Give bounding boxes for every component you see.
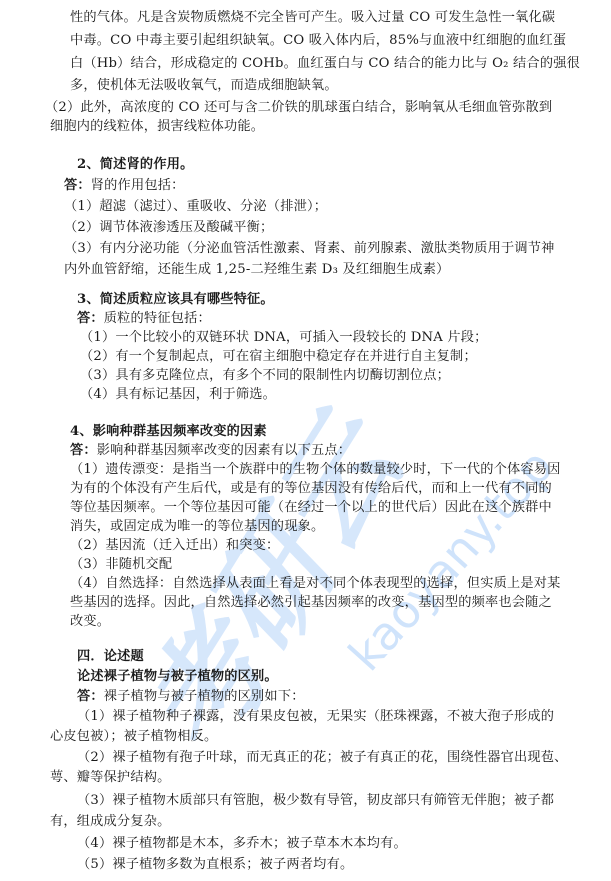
answer-label: 答：	[77, 689, 104, 704]
paragraph-line: （4）裸子植物都是木本，多乔木；被子草本木本均有。	[77, 834, 407, 854]
paragraph-line: （2）此外，高浓度的 CO 还可与含二价铁的肌球蛋白结合，影响氧从毛细血管弥散到	[45, 98, 552, 118]
answer-intro: 答：肾的作用包括：	[64, 176, 185, 196]
paragraph-line: 性的气体。凡是含炭物质燃烧不完全皆可产生。吸入过量 CO 可发生急性一氧化碳	[70, 8, 555, 28]
list-item: （4）具有标记基因，利于筛选。	[80, 385, 276, 405]
answer-intro-text: 裸子植物与被子植物的区别如下：	[104, 689, 305, 704]
paragraph-line: （2）裸子植物有孢子叶球，而无真正的花；被子有真正的花，围绕性器官出现苞、	[77, 748, 568, 768]
question-title: 2、简述肾的作用。	[77, 155, 193, 175]
paragraph-line: 中毒。CO 中毒主要引起组织缺氧。CO 吸入体内后，85%与血液中红细胞的血红蛋	[70, 31, 566, 51]
paragraph-line: （2）基因流（迁入迁出）和突变：	[70, 536, 279, 556]
paragraph-line: （3）非随机交配	[70, 555, 172, 575]
list-item: 内外血管舒缩，还能生成 1,25-二羟维生素 D₃ 及红细胞生成素）	[64, 260, 450, 280]
answer-intro-text: 影响种群基因频率改变的因素有以下五点：	[97, 443, 351, 458]
question-title: 3、简述质粒应该具有哪些特征。	[77, 290, 274, 310]
list-item: （3）有内分泌功能（分泌血管活性激素、肾素、前列腺素、激肽类物质用于调节神	[64, 239, 555, 259]
paragraph-line: （4）自然选择：自然选择从表面上看是对不同个体表现型的选择，但实质上是对某	[70, 574, 561, 594]
paragraph-line: 萼、瓣等保护结构。	[50, 768, 171, 788]
paragraph-line: （5）裸子植物多数为直根系；被子两者均有。	[77, 855, 353, 875]
answer-intro-text: 肾的作用包括：	[91, 178, 185, 193]
question-title: 4、影响种群基因频率改变的因素	[70, 422, 267, 442]
document-page: 考研云 kaoyany.top 性的气体。凡是含炭物质燃烧不完全皆可产生。吸入过…	[0, 0, 611, 881]
section-heading: 四．论述题	[77, 647, 144, 667]
paragraph-line: 白（Hb）结合，形成稳定的 COHb。血红蛋白与 CO 结合的能力比与 O₂ 结…	[70, 54, 580, 74]
answer-intro: 答：质粒的特征包括：	[77, 309, 211, 329]
list-item: （3）具有多克隆位点，有多个不同的限制性内切酶切割位点；	[80, 366, 450, 386]
paragraph-line: 为有的个体没有产生后代，或是有的等位基因没有传给后代，而和上一代有不同的	[70, 479, 552, 499]
answer-intro-text: 质粒的特征包括：	[104, 311, 211, 326]
paragraph-line: 细胞内的线粒体，损害线粒体功能。	[50, 117, 264, 137]
answer-label: 答：	[64, 178, 91, 193]
question-title: 论述裸子植物与被子植物的区别。	[77, 667, 278, 687]
answer-intro: 答：裸子植物与被子植物的区别如下：	[77, 687, 305, 707]
paragraph-line: （1）裸子植物种子裸露，没有果皮包被，无果实（胚珠裸露，不被大孢子形成的	[77, 707, 554, 727]
paragraph-line: 些基因的选择。因此，自然选择必然引起基因频率的改变，基因型的频率也会随之	[70, 593, 552, 613]
answer-intro: 答：影响种群基因频率改变的因素有以下五点：	[70, 441, 351, 461]
paragraph-line: （3）裸子植物木质部只有管胞，极少数有导管，韧皮部只有筛管无伴胞；被子都	[77, 791, 554, 811]
paragraph-line: 改变。	[70, 612, 110, 632]
list-item: （1）超滤（滤过）、重吸收、分泌（排泄）；	[64, 197, 327, 217]
paragraph-line: 等位基因频率。一个等位基因可能（在经过一个以上的世代后）因此在这个族群中	[70, 498, 552, 518]
list-item: （1）一个比较小的双链环状 DNA，可插入一段较长的 DNA 片段；	[80, 328, 488, 348]
paragraph-line: 心皮包被）；被子植物相反。	[50, 727, 217, 747]
paragraph-line: 有，组成成分复杂。	[50, 812, 171, 832]
list-item: （2）调节体液渗透压及酸碱平衡；	[64, 218, 273, 238]
paragraph-line: 多，使机体无法吸收氧气，而造成细胞缺氧。	[70, 76, 338, 96]
document-content: 性的气体。凡是含炭物质燃烧不完全皆可产生。吸入过量 CO 可发生急性一氧化碳 中…	[0, 0, 611, 881]
paragraph-line: （1）遗传漂变：是指当一个族群中的生物个体的数量较少时，下一代的个体容易因	[70, 460, 561, 480]
paragraph-line: 消失，或固定成为唯一的等位基因的现象。	[70, 517, 324, 537]
list-item: （2）有一个复制起点，可在宿主细胞中稳定存在并进行自主复制；	[80, 347, 477, 367]
answer-label: 答：	[77, 311, 104, 326]
answer-label: 答：	[70, 443, 97, 458]
